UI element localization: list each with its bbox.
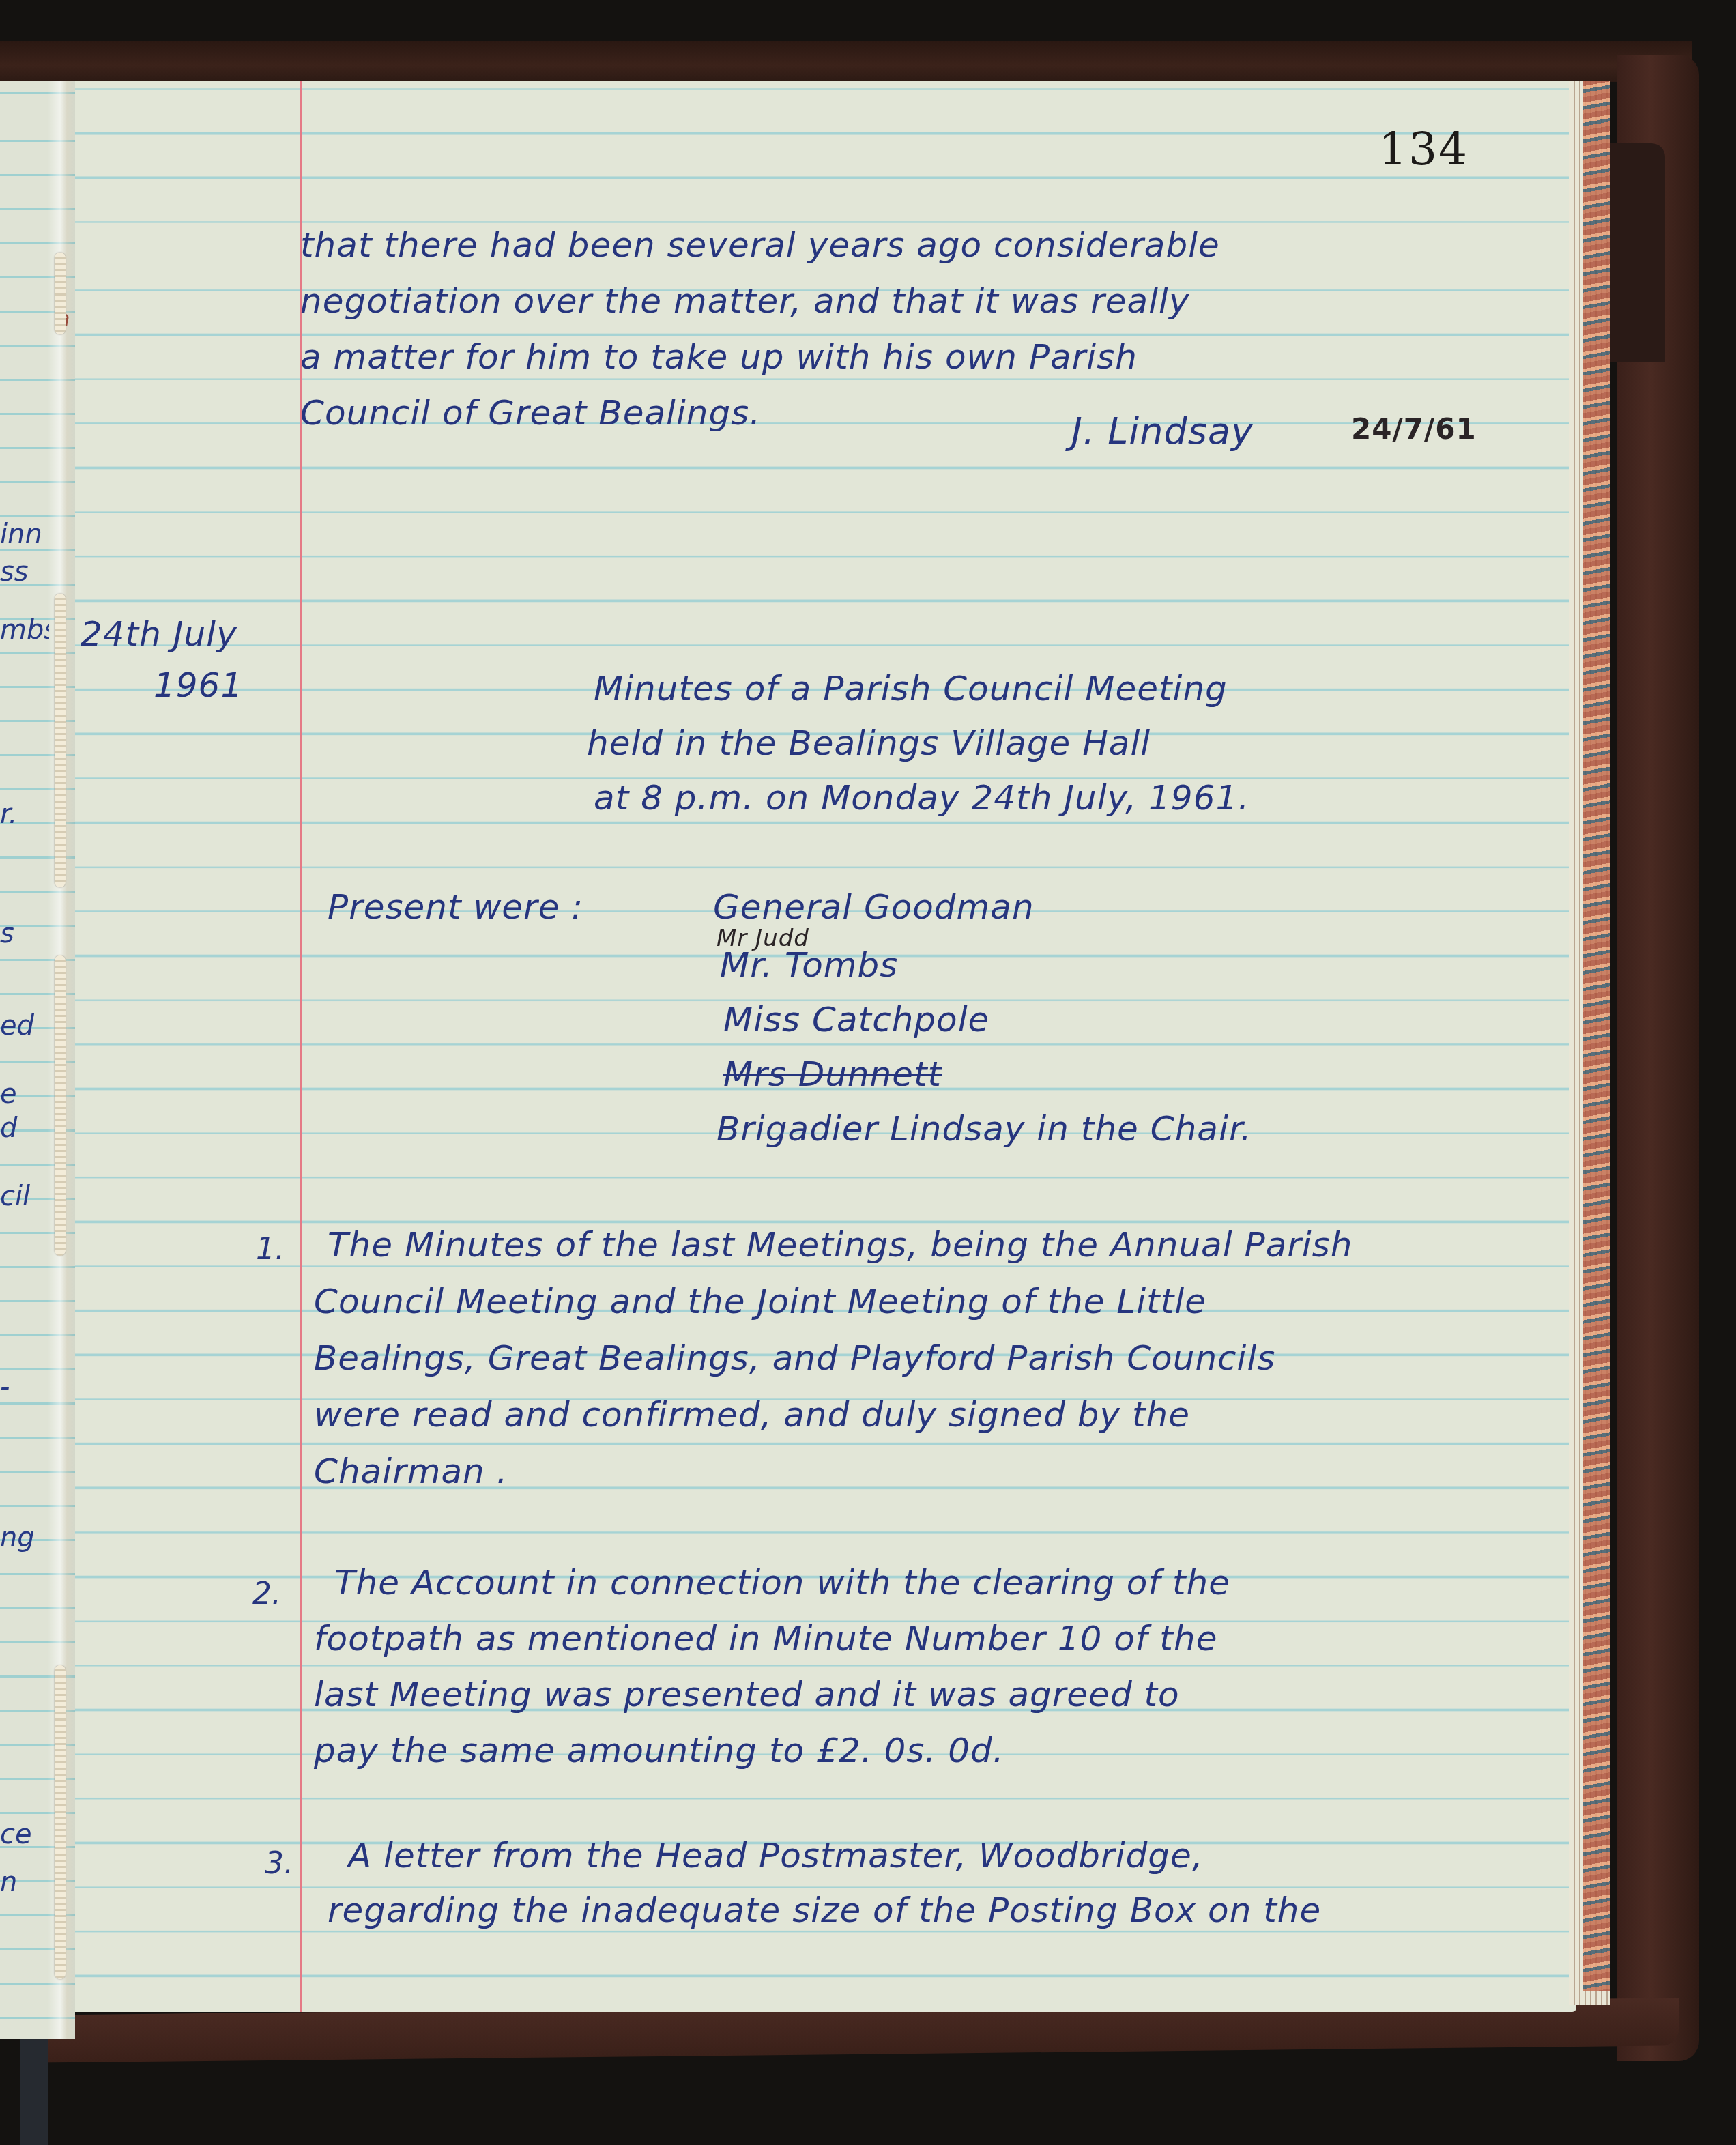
attendance-label: Present were : [328, 887, 583, 927]
text-line: last Meeting was presented and it was ag… [314, 1675, 1180, 1714]
left-page-fragment: r. [0, 798, 49, 830]
left-page-fragment: d [0, 1112, 49, 1144]
attendee-chair: Brigadier Lindsay in the Chair. [717, 1109, 1252, 1149]
left-page-fragment: ss [0, 556, 49, 588]
binding-stitch [55, 253, 66, 334]
text-line: Bealings, Great Bealings, and Playford P… [314, 1338, 1275, 1378]
left-page-fragment: mbs [0, 614, 49, 646]
text-line: that there had been several years ago co… [300, 225, 1220, 265]
left-page-fragment: cil [0, 1181, 49, 1212]
attendee-struck-through: Mrs Dunnett [723, 1054, 942, 1094]
marbled-page-edge [1583, 81, 1610, 1991]
heading-line: at 8 p.m. on Monday 24th July, 1961. [594, 778, 1249, 818]
page-number: 134 [1378, 123, 1469, 175]
text-line: pay the same amounting to £2. 0s. 0d. [314, 1731, 1004, 1770]
attendee: Miss Catchpole [723, 1000, 989, 1039]
binding-stitch [55, 594, 66, 887]
heading-line: Minutes of a Parish Council Meeting [594, 669, 1228, 708]
item-number: 2. [252, 1577, 281, 1611]
left-page-fragment: n [0, 1867, 49, 1898]
binding-stitch [55, 1665, 66, 1979]
left-page-fragment: s [0, 918, 49, 949]
left-page-fragment: - [0, 1372, 49, 1403]
left-page-fragment: ce [0, 1819, 49, 1850]
text-line: a matter for him to take up with his own… [300, 337, 1138, 377]
attendee: General Goodman [713, 887, 1035, 927]
text-line: Council of Great Bealings. [300, 393, 761, 433]
left-page-fragment: ng [0, 1522, 49, 1553]
text-line: negotiation over the matter, and that it… [300, 281, 1190, 321]
chairman-signature: J. Lindsay [1071, 409, 1254, 452]
text-line: The Account in connection with the clear… [334, 1563, 1230, 1602]
signature-date: 24/7/61 [1351, 412, 1477, 446]
text-line: footpath as mentioned in Minute Number 1… [314, 1619, 1217, 1658]
book-spine-ribbon [20, 2034, 48, 2145]
text-line: Chairman . [314, 1452, 508, 1491]
heading-line: held in the Bealings Village Hall [587, 723, 1151, 763]
book-cover-top-edge [0, 41, 1692, 82]
margin-date-year: 1961 [154, 665, 243, 705]
text-line: were read and confirmed, and duly signed… [314, 1395, 1190, 1435]
text-line: regarding the inadequate size of the Pos… [328, 1890, 1321, 1930]
text-line: Council Meeting and the Joint Meeting of… [314, 1282, 1206, 1321]
left-page-fragment: inn [0, 519, 49, 550]
left-page-fragment: ed [0, 1010, 49, 1041]
item-number: 3. [265, 1846, 293, 1881]
item-number: 1. [256, 1232, 285, 1267]
leather-corner-strap [1610, 143, 1665, 362]
text-line: The Minutes of the last Meetings, being … [328, 1225, 1352, 1265]
binding-stitch [55, 955, 66, 1256]
text-line: A letter from the Head Postmaster, Woodb… [348, 1836, 1204, 1875]
attendee: Mr. Tombs [720, 945, 898, 985]
margin-date-day-month: 24th July [81, 614, 237, 654]
left-page-fragment: e [0, 1078, 49, 1110]
